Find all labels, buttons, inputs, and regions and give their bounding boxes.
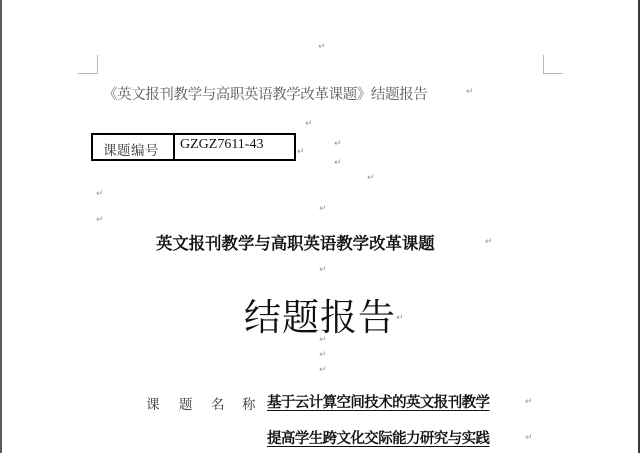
topic-name-line-2: 提高学生跨文化交际能力研究与实践: [267, 427, 489, 448]
project-code-table: 课题编号 GZGZ7611-43: [91, 133, 296, 161]
paragraph-mark-icon: ↵: [466, 88, 474, 97]
topic-label-char: 名: [211, 393, 225, 413]
topic-name-line-1: 基于云计算空间技术的英文报刊教学: [267, 391, 489, 412]
crop-mark-left-vertical: [97, 55, 98, 74]
paragraph-mark-icon: ↵: [525, 398, 533, 407]
paragraph-mark-icon: ↵: [334, 159, 342, 168]
document-title: 结题报告: [244, 287, 396, 341]
paragraph-mark-icon: ↵: [485, 238, 493, 247]
paragraph-mark-icon: ↵: [525, 434, 533, 443]
paragraph-mark-icon: ↵: [297, 148, 305, 157]
project-code-value[interactable]: GZGZ7611-43: [175, 135, 294, 159]
topic-label-char: 题: [179, 393, 193, 413]
paragraph-mark-icon: ↵: [319, 205, 327, 214]
crop-mark-left-horizontal: [78, 73, 98, 74]
document-subtitle: 英文报刊教学与高职英语教学改革课题: [156, 230, 435, 254]
paragraph-mark-icon: ↵: [319, 366, 327, 375]
paragraph-mark-icon: ↵: [96, 190, 104, 199]
project-code-label: 课题编号: [93, 135, 175, 159]
paragraph-mark-icon: ↵: [396, 314, 404, 323]
paragraph-mark-icon: ↵: [318, 43, 326, 52]
paragraph-mark-icon: ↵: [96, 216, 104, 225]
crop-mark-right-vertical: [543, 55, 544, 74]
paragraph-mark-icon: ↵: [319, 266, 327, 275]
paragraph-mark-icon: ↵: [367, 174, 375, 183]
page-edge-left: [0, 0, 2, 453]
topic-label-char: 课: [146, 393, 160, 413]
paragraph-mark-icon: ↵: [319, 351, 327, 360]
topic-label-char: 称: [242, 393, 256, 413]
paragraph-mark-icon: ↵: [334, 140, 342, 149]
crop-mark-right-horizontal: [543, 73, 563, 74]
paragraph-mark-icon: ↵: [305, 120, 313, 129]
document-header: 《英文报刊教学与高职英语教学改革课题》结题报告: [103, 83, 427, 104]
